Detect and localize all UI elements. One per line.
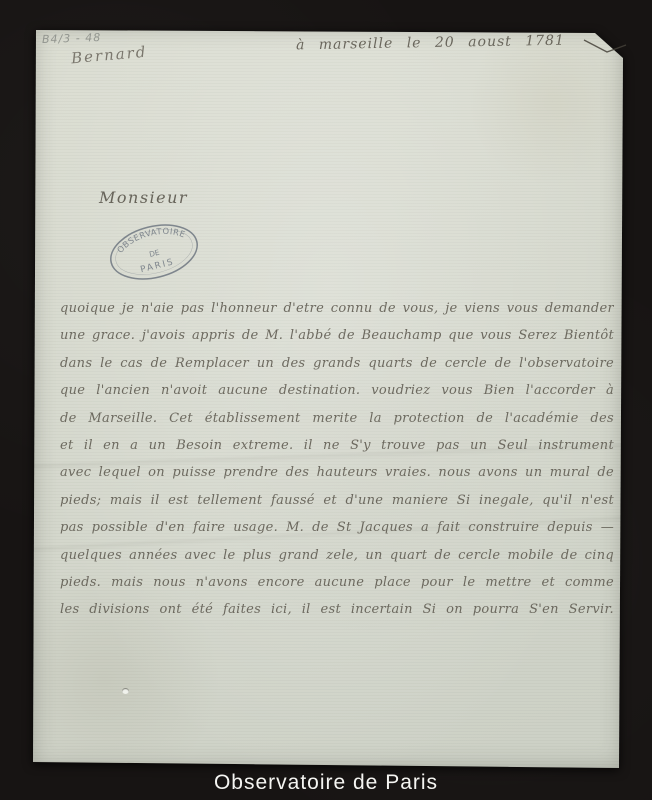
letter-body-line: que l'ancien n'avoit aucune destination.… bbox=[60, 377, 614, 404]
caption-text: Observatoire de Paris bbox=[214, 771, 438, 795]
letter-body: quoique je n'aie pas l'honneur d'etre co… bbox=[60, 295, 614, 624]
stamp-text-middle: DE bbox=[148, 248, 161, 259]
letter-dateline: à marseille le 20 aoust 1781 bbox=[296, 33, 565, 54]
letter-body-line: les divisions ont été faites ici, il est… bbox=[60, 596, 614, 623]
letter-body-line: une grace. j'avois appris de M. l'abbé d… bbox=[60, 322, 614, 349]
letter-paper-wrapper: B4/3 - 48 Bernard à marseille le 20 aous… bbox=[33, 27, 623, 768]
letter-body-line: pas possible d'en faire usage. M. de St … bbox=[60, 514, 614, 541]
scanned-letter-photo: B4/3 - 48 Bernard à marseille le 20 aous… bbox=[0, 0, 652, 800]
author-annotation: Bernard bbox=[70, 43, 148, 68]
letter-body-line: quoique je n'aie pas l'honneur d'etre co… bbox=[60, 295, 614, 322]
archive-shelfmark: B4/3 - 48 bbox=[42, 31, 102, 46]
letter-body-line: avec lequel on puisse prendre des hauteu… bbox=[60, 459, 614, 486]
letter-body-line: pieds. mais nous n'avons encore aucune p… bbox=[60, 569, 614, 596]
letter-paper: B4/3 - 48 Bernard à marseille le 20 aous… bbox=[33, 27, 623, 768]
letter-body-line: et il en a un Besoin extreme. il ne S'y … bbox=[60, 432, 614, 459]
letter-body-line: pieds; mais il est tellement faussé et d… bbox=[60, 487, 614, 514]
caption-bar: Observatoire de Paris bbox=[0, 766, 652, 800]
letter-body-line: dans le cas de Remplacer un des grands q… bbox=[60, 350, 614, 377]
paper-hole-blemish bbox=[122, 688, 129, 694]
corner-fold-crease-mark bbox=[580, 31, 630, 59]
letter-body-line: quelques années avec le plus grand zele,… bbox=[60, 542, 614, 569]
letter-salutation: Monsieur bbox=[99, 188, 188, 207]
letter-body-line: de Marseille. Cet établissement merite l… bbox=[60, 405, 614, 432]
observatoire-oval-stamp-icon: OBSERVATOIRE DE PARIS bbox=[101, 212, 206, 291]
